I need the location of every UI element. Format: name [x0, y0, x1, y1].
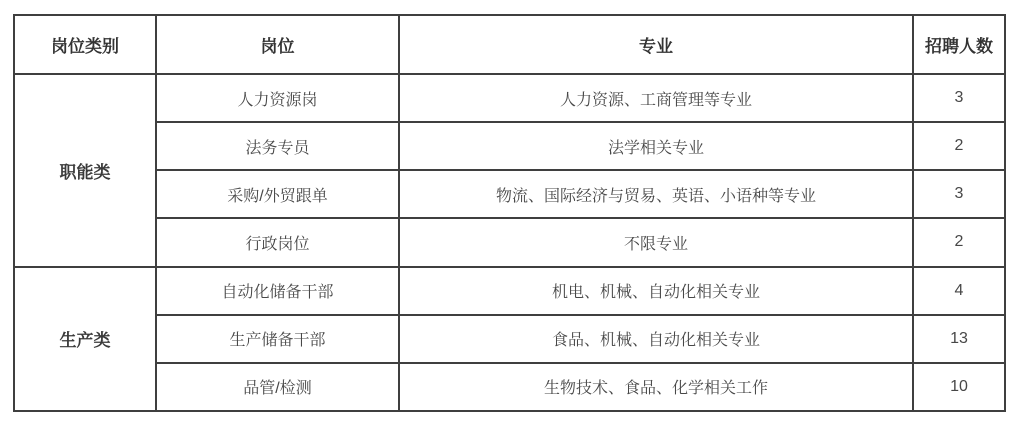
- table-row: 生产类 自动化储备干部 机电、机械、自动化相关专业 4: [14, 267, 1005, 315]
- position-cell: 人力资源岗: [156, 74, 399, 122]
- table-row: 品管/检测 生物技术、食品、化学相关工作 10: [14, 363, 1005, 411]
- recruitment-table: 岗位类别 岗位 专业 招聘人数 职能类 人力资源岗 人力资源、工商管理等专业 3…: [13, 14, 1006, 412]
- position-cell: 自动化储备干部: [156, 267, 399, 315]
- table-row: 采购/外贸跟单 物流、国际经济与贸易、英语、小语种等专业 3: [14, 170, 1005, 218]
- position-cell: 品管/检测: [156, 363, 399, 411]
- header-position: 岗位: [156, 15, 399, 74]
- table-row: 法务专员 法学相关专业 2: [14, 122, 1005, 170]
- category-cell-production: 生产类: [14, 267, 156, 411]
- table-row: 行政岗位 不限专业 2: [14, 218, 1005, 266]
- table-row: 生产储备干部 食品、机械、自动化相关专业 13: [14, 315, 1005, 363]
- major-cell: 人力资源、工商管理等专业: [399, 74, 913, 122]
- major-cell: 生物技术、食品、化学相关工作: [399, 363, 913, 411]
- header-row: 岗位类别 岗位 专业 招聘人数: [14, 15, 1005, 74]
- position-cell: 采购/外贸跟单: [156, 170, 399, 218]
- category-cell-functional: 职能类: [14, 74, 156, 267]
- page: 岗位类别 岗位 专业 招聘人数 职能类 人力资源岗 人力资源、工商管理等专业 3…: [0, 0, 1029, 432]
- major-cell: 机电、机械、自动化相关专业: [399, 267, 913, 315]
- position-cell: 法务专员: [156, 122, 399, 170]
- position-cell: 行政岗位: [156, 218, 399, 266]
- position-cell: 生产储备干部: [156, 315, 399, 363]
- major-cell: 不限专业: [399, 218, 913, 266]
- count-cell: 4: [913, 267, 1005, 315]
- header-category: 岗位类别: [14, 15, 156, 74]
- major-cell: 法学相关专业: [399, 122, 913, 170]
- count-cell: 13: [913, 315, 1005, 363]
- count-cell: 10: [913, 363, 1005, 411]
- count-cell: 3: [913, 74, 1005, 122]
- count-cell: 2: [913, 122, 1005, 170]
- table-row: 职能类 人力资源岗 人力资源、工商管理等专业 3: [14, 74, 1005, 122]
- header-count: 招聘人数: [913, 15, 1005, 74]
- count-cell: 3: [913, 170, 1005, 218]
- major-cell: 食品、机械、自动化相关专业: [399, 315, 913, 363]
- major-cell: 物流、国际经济与贸易、英语、小语种等专业: [399, 170, 913, 218]
- count-cell: 2: [913, 218, 1005, 266]
- header-major: 专业: [399, 15, 913, 74]
